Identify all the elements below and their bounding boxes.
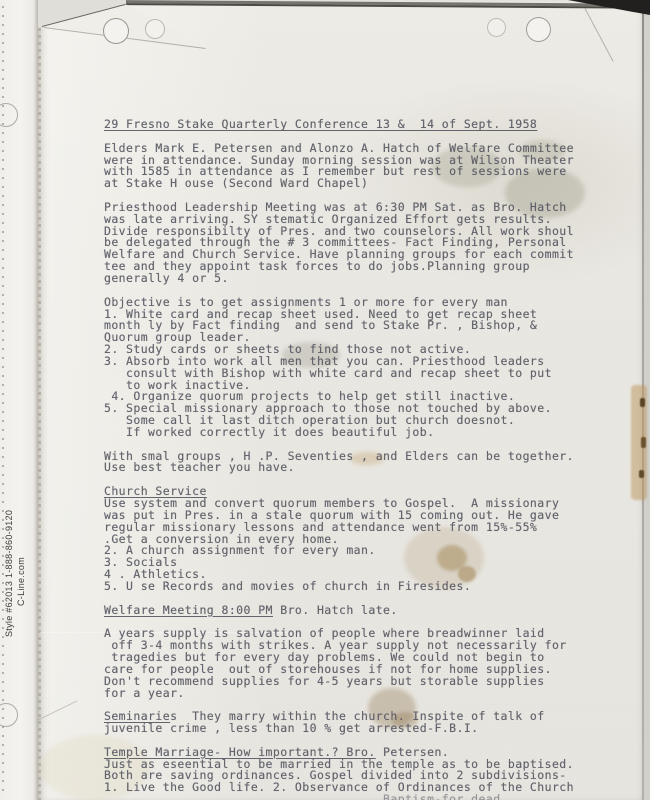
binder-hole [0,103,18,127]
doc-line: If worked correctly it does beautiful jo… [104,427,574,439]
hole-punch [526,17,551,42]
doc-line: juvenile crime , less than 10 % get arre… [104,723,574,735]
binder-hole [0,703,18,727]
hole-punch [487,18,506,37]
doc-line: generally 4 or 5. [104,273,574,285]
sleeve-brand-text: C-Line.com [16,557,26,606]
stain-speck [639,470,644,478]
typewritten-text: 29 Fresno Stake Quarterly Conference 13 … [104,119,574,800]
doc-line: Welfare Meeting 8:00 PM Bro. Hatch late. [104,605,574,617]
doc-line: 5. U se Records and movies of church in … [104,581,574,593]
sleeve-strip [0,0,38,800]
perforated-left-edge [38,0,41,800]
doc-line: 29 Fresno Stake Quarterly Conference 13 … [104,119,574,131]
sleeve-style-text: Style #62013 1-888-860-9120 [4,510,14,637]
stain-speck [641,437,646,448]
doc-line: Use best teacher you have. [104,462,574,474]
scanned-document-view: Style #62013 1-888-860-9120 C-Line.com 2… [0,0,650,800]
hole-punch [145,19,165,39]
doc-line: Baptism-for dead. [104,794,574,800]
stain-speck [640,398,645,407]
doc-line: for a year. [104,688,574,700]
hole-punch [103,18,129,44]
doc-line: at Stake H ouse (Second Ward Chapel) [104,178,574,190]
